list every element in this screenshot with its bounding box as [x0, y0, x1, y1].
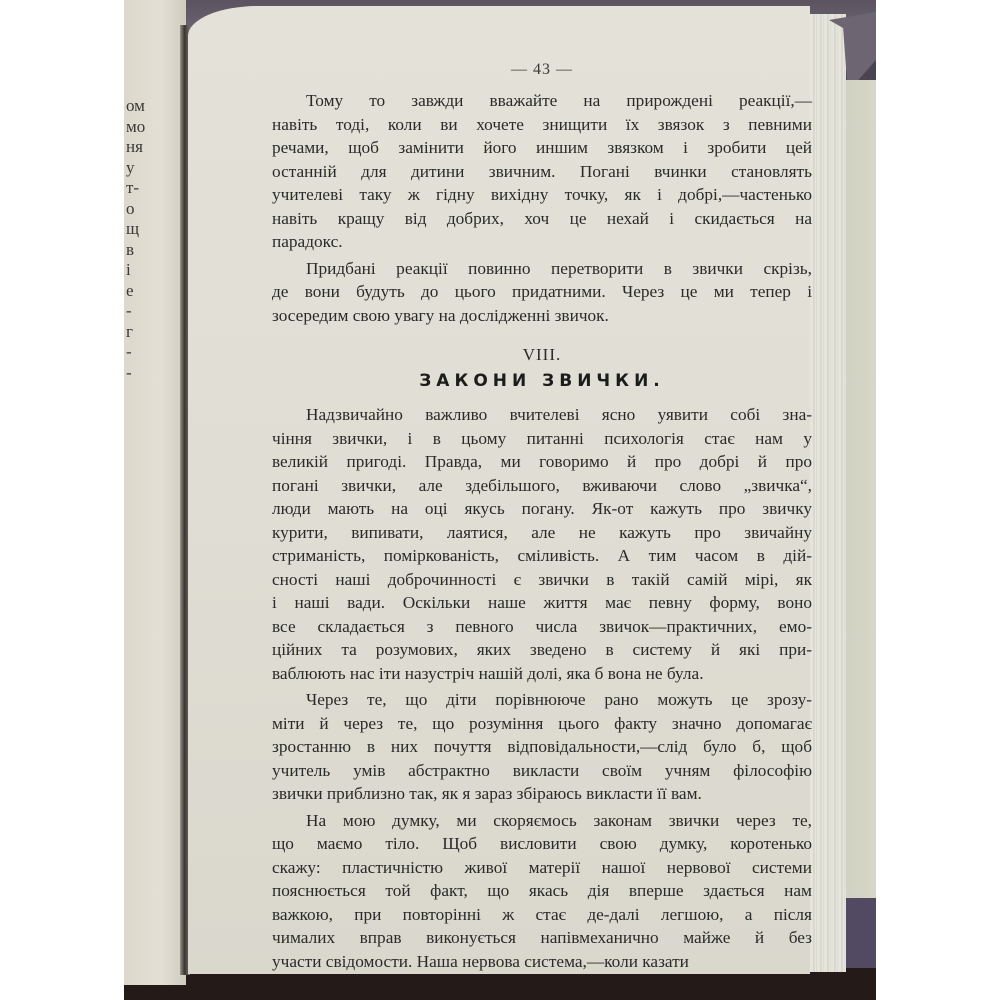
left-fragment-line: і — [126, 260, 148, 281]
left-fragment-line: - — [126, 363, 148, 384]
left-fragment-line: ня — [126, 137, 148, 158]
text-line: сності наші доброчинності є звички в так… — [272, 568, 812, 592]
cover-corner-bottom — [846, 898, 876, 968]
text-line: ційних та розумових, яких зведено в сист… — [272, 638, 812, 662]
page-edges — [810, 14, 846, 972]
paragraphs-before-section: Тому то завжди вважайте на прирождені ре… — [272, 89, 812, 327]
text-line: Через те, що діти порівнююче рано можуть… — [272, 688, 812, 712]
text-line: речами, щоб замінити його иншим звязком … — [272, 136, 812, 160]
left-page: оммоняут-ощвіе-г-- — [124, 0, 186, 985]
left-fragment-line: в — [126, 240, 148, 261]
left-fragment-line: - — [126, 301, 148, 322]
left-fragment-line: е — [126, 281, 148, 302]
section-title: ЗАКОНИ ЗВИЧКИ. — [272, 371, 812, 391]
text-line: навіть кращу від добрих, хоч це нехай і … — [272, 207, 812, 231]
text-line: і наші вади. Оскільки наше життя має пев… — [272, 591, 812, 615]
paragraph: Надзвичайно важливо вчителеві ясно уявит… — [272, 403, 812, 685]
right-page: — 43 — Тому то завжди вважайте на прирож… — [188, 6, 810, 974]
cover-board-edge — [846, 80, 876, 930]
page-text: — 43 — Тому то завжди вважайте на прирож… — [272, 61, 812, 973]
text-line: люди мають на оці якусь погану. Як-от ка… — [272, 497, 812, 521]
text-line: Тому то завжди вважайте на прирождені ре… — [272, 89, 812, 113]
left-page-text-fragment: оммоняут-ощвіе-г-- — [126, 96, 148, 383]
text-line: останній для дитини звичним. Погані вчин… — [272, 160, 812, 184]
text-line: де вони будуть до цього придатними. Чере… — [272, 280, 812, 304]
paragraph: Тому то завжди вважайте на прирождені ре… — [272, 89, 812, 254]
text-line: звички приблизно так, як я зараз збіраюс… — [272, 782, 812, 806]
text-line: все складається з певного числа звичок—п… — [272, 615, 812, 639]
text-line: ваблюють нас іти назустріч нашій долі, я… — [272, 662, 812, 686]
text-line: На мою думку, ми скоряємось законам звич… — [272, 809, 812, 833]
text-line: навіть тоді, коли ви хочете знищити їх з… — [272, 113, 812, 137]
paragraph: На мою думку, ми скоряємось законам звич… — [272, 809, 812, 974]
text-line: пояснюється той факт, що якась дія вперш… — [272, 879, 812, 903]
page-number: — 43 — — [272, 61, 812, 79]
text-line: чималих вправ виконується напівмеханично… — [272, 926, 812, 950]
left-fragment-line: ом — [126, 96, 148, 117]
text-line: курити, випивати, лаятися, але не кажуть… — [272, 521, 812, 545]
left-fragment-line: о — [126, 199, 148, 220]
text-line: учитель умів абстрактно викласти своїм у… — [272, 759, 812, 783]
text-line: участи свідомости. Наша нервова система,… — [272, 950, 812, 974]
left-fragment-line: - — [126, 342, 148, 363]
text-line: зосередим свою увагу на дослідженні звич… — [272, 304, 812, 328]
text-line: Придбані реакції повинно перетворити в з… — [272, 257, 812, 281]
text-line: міти й через те, що розуміння цього факт… — [272, 712, 812, 736]
text-line: стриманість, поміркованість, сміливість.… — [272, 544, 812, 568]
left-fragment-line: щ — [126, 219, 148, 240]
left-fragment-line: т- — [126, 178, 148, 199]
text-line: зростанню в них почуття відповідальности… — [272, 735, 812, 759]
text-line: скажу: пластичністю живої матерії нашої … — [272, 856, 812, 880]
paragraph: Через те, що діти порівнююче рано можуть… — [272, 688, 812, 806]
text-line: погані звички, але здебільшого, вживаючи… — [272, 474, 812, 498]
text-line: важкою, при повторінні ж стає де-далі ле… — [272, 903, 812, 927]
left-fragment-line: г — [126, 322, 148, 343]
text-line: що маємо тіло. Щоб висловити свою думку,… — [272, 832, 812, 856]
left-fragment-line: мо — [126, 117, 148, 138]
text-line: чіння звички, і в цьому питанні психолог… — [272, 427, 812, 451]
left-fragment-line: у — [126, 158, 148, 179]
paragraph: Придбані реакції повинно перетворити в з… — [272, 257, 812, 328]
text-line: парадокс. — [272, 230, 812, 254]
paragraphs-after-section: Надзвичайно важливо вчителеві ясно уявит… — [272, 403, 812, 973]
book-photo: оммоняут-ощвіе-г-- — 43 — Тому то завжди… — [124, 0, 876, 1000]
text-line: учителеві таку ж гідну вихідну точку, як… — [272, 183, 812, 207]
section-number: VIII. — [272, 345, 812, 365]
text-line: Надзвичайно важливо вчителеві ясно уявит… — [272, 403, 812, 427]
text-line: великій пригоді. Правда, ми говоримо й п… — [272, 450, 812, 474]
